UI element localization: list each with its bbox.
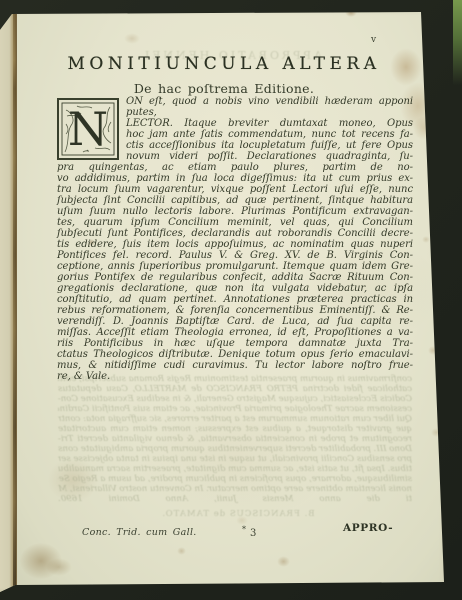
showthrough-line: nonis licentiam obtinere aere optimo mer… <box>58 484 412 494</box>
book-page: APPROBATIO HENNEI confirmavimus in quoru… <box>0 0 462 600</box>
footer-short-title: Conc. Trid. cum Gall. <box>82 527 197 538</box>
catchword: APPRO- <box>343 522 393 534</box>
body-line: miſſas. Acceſſit etiam Theologia erronea… <box>57 327 413 338</box>
body-line: riis Pontificibus in hæc uſque tempora d… <box>57 338 413 349</box>
body-line: conſtitutio, ad quam pertinet. Annotatio… <box>57 294 413 305</box>
book-photo-scene: APPROBATIO HENNEI confirmavimus in quoru… <box>0 0 462 600</box>
page-title: MONITIUNCULA ALTERA <box>40 54 408 74</box>
showthrough-line: pro sensibus Concilii provinciali, ut us… <box>58 454 412 464</box>
body-line: tes, quarum ipſum Concilium meminit, vel… <box>57 217 413 228</box>
showthrough-line: que graviter distorquet, a quibus est ex… <box>58 424 412 434</box>
body-line: ſubſecuti ſunt Pontifices, declarandis a… <box>57 228 413 239</box>
body-line: tra locum ſuum vagarentur, vixque poſſen… <box>57 184 413 195</box>
body-line: ſubjecta ſint Concilii capitibus, ad quæ… <box>57 195 413 206</box>
body-line: gregationis declaratione, quæ non ita vu… <box>57 283 413 294</box>
body-line: rebus reformationem, & forenſia concerne… <box>57 305 413 316</box>
showthrough-line: Qui liber cum rationum summarum est a pa… <box>58 414 412 424</box>
body-line: Pontifices fel. record. Paulus V. & Greg… <box>57 250 413 261</box>
body-line: ceptione, annis ſuperioribus promulgarun… <box>57 261 413 272</box>
signature-mark: *3 <box>242 525 256 539</box>
showthrough-footer-line: B. FRANCISCUS de TAMATO. <box>128 509 348 519</box>
showthrough-line: ti die anno Mensis Junii, Anno Domini 16… <box>58 494 412 504</box>
body-line: ctatus Theologicos diſtributæ. Denique t… <box>57 349 413 360</box>
showthrough-line: Codicis Ecclesiastici, cujusque Magistro… <box>58 394 412 404</box>
drop-cap-ornament: N <box>57 98 119 160</box>
body-line: verendiſſ. D. Joannis Baptiſtæ Card. de … <box>57 316 413 327</box>
page-subtitle: De hac poſtrema Editione. <box>40 81 408 96</box>
body-line: uſum ſuum nullo lectoris labore. Plurima… <box>57 206 413 217</box>
showthrough-text-block: confirmavimus in quorum praesentia testi… <box>58 374 412 504</box>
drop-cap-letter: N <box>68 102 108 156</box>
body-line: tis edidere, ſuis item locis appoſuimus,… <box>57 239 413 250</box>
showthrough-line: cessionem sacrae Theologiae primaria Pro… <box>58 404 412 414</box>
body-text: N ON eſt, quod a nobis vino vendibili hæ… <box>57 96 413 382</box>
drop-cap-woodcut: N <box>57 98 119 160</box>
body-line: pra quingentas, ac etiam paulo plures, p… <box>57 162 413 173</box>
signature-number: 3 <box>250 528 256 539</box>
signature-letter-v: v <box>371 35 376 45</box>
showthrough-line: similibusque, adornare, opus proficiens … <box>58 474 412 484</box>
showthrough-line: Dono III. probabiliter decreti superveni… <box>58 444 412 454</box>
showthrough-line: recognitum et probe in conscientia obser… <box>58 434 412 444</box>
showthrough-line: tibus. Ipsa fit, ut satis iste, ac summa… <box>58 464 412 474</box>
page-header: MONITIUNCULA ALTERA De hac poſtrema Edit… <box>40 54 408 96</box>
showthrough-line: catholicae fidei doctrina PETRO FRANCISC… <box>58 384 412 394</box>
body-line: gorius Pontifex de regularibus confecit,… <box>57 272 413 283</box>
body-line: vo addidimus, partim in ſua loca digeſſi… <box>57 173 413 184</box>
photo-edge-green-sliver <box>453 0 462 85</box>
body-line: re, & Vale. <box>57 371 413 382</box>
body-line: mus, & nitidiſſime cudi curavimus. Tu le… <box>57 360 413 371</box>
signature-star: * <box>242 525 250 534</box>
